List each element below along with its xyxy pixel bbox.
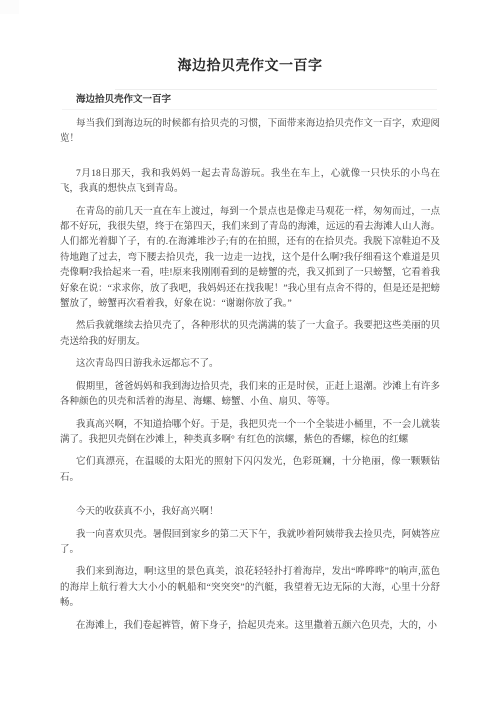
essay-paragraph: 我真高兴啊，不知道拾哪个好。于是，我把贝壳一个一个全装进小桶里，不一会儿就装满了… xyxy=(60,418,440,449)
essay-paragraph: 然后我就继续去拾贝壳了，各种形状的贝壳满满的装了一大盒子。我要把这些美丽的贝壳送… xyxy=(60,319,440,350)
essay-paragraph: 假期里，爸爸妈妈和我到海边拾贝壳，我们来的正是时侯，正赶上退潮。沙滩上有许多各种… xyxy=(60,380,440,411)
essay-body: 每当我们到海边玩的时候都有拾贝壳的习惯，下面带来海边拾贝壳作文一百字，欢迎阅览！… xyxy=(60,117,440,634)
essay-paragraph: 7月18日那天，我和我妈妈一起去青岛游玩。我坐在车上，心就像一只快乐的小鸟在飞，… xyxy=(60,167,440,198)
document-content: 海边拾贝壳作文一百字 海边拾贝壳作文一百字 每当我们到海边玩的时候都有拾贝壳的习… xyxy=(60,57,440,641)
essay-paragraph: 在青岛的前几天一直在车上渡过，每到一个景点也是像走马观花一样，匆匆而过，一点都不… xyxy=(60,205,440,313)
essay-subtitle: 海边拾贝壳作文一百字 xyxy=(60,93,440,108)
essay-paragraph: 这次青岛四日游我永远都忘不了。 xyxy=(60,357,440,372)
document-page: 海边拾贝壳作文一百字 海边拾贝壳作文一百字 每当我们到海边玩的时候都有拾贝壳的习… xyxy=(0,0,500,707)
scan-artifact-patch xyxy=(0,0,19,14)
page-title: 海边拾贝壳作文一百字 xyxy=(60,57,440,77)
essay-paragraph: 我们来到海边，啊!这里的景色真美，浪花轻轻扑打着海岸，发出“哗哗哗”的响声,蓝色… xyxy=(60,565,440,611)
essay-paragraph: 它们真漂亮，在温暖的太阳光的照射下闪闪发光，色彩斑斓，十分艳丽，像一颗颗钻石。 xyxy=(60,455,440,486)
essay-paragraph: 在海滩上，我们卷起裤管，俯下身子，拾起贝壳来。这里撒着五颜六色贝壳，大的，小 xyxy=(60,619,440,634)
essay-paragraph: 今天的收获真不小，我好高兴啊！ xyxy=(60,505,440,520)
essay-paragraph: 我一向喜欢贝壳。暑假回到家乡的第二天下午，我就吵着阿姨带我去捡贝壳，阿姨答应了。 xyxy=(60,528,440,559)
essay-paragraph: 每当我们到海边玩的时候都有拾贝壳的习惯，下面带来海边拾贝壳作文一百字，欢迎阅览！ xyxy=(60,117,440,148)
